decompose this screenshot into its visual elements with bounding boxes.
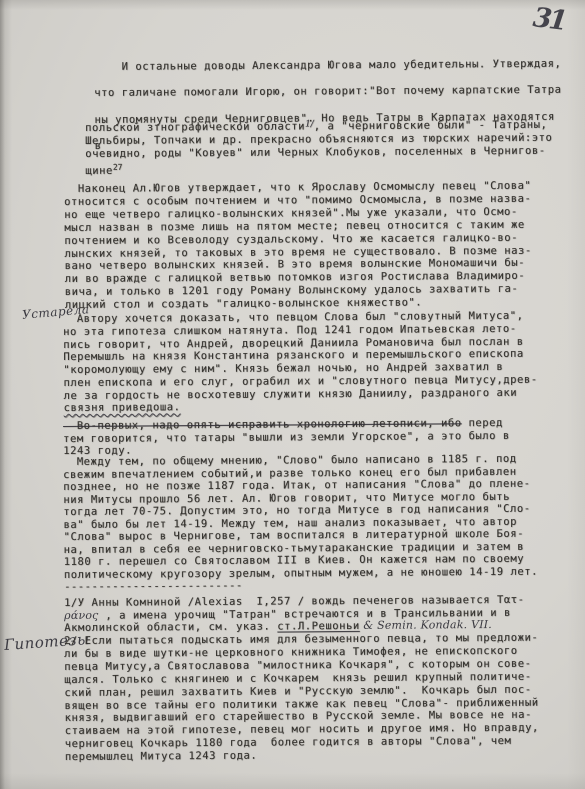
paragraph-5: Между тем, по общему мнению, "Слово" был… (63, 453, 546, 582)
paragraph-3: Автору хочется доказать, что певцом Слов… (63, 310, 546, 415)
footnote-1: 1/У Анны Комниной /Alexias I,257 / вождь… (64, 594, 546, 635)
footnote-1-handwritten-greek: ράνος (64, 608, 98, 621)
paragraph-2: Наконец Ал.Югов утверждает, что к Яросла… (64, 180, 547, 312)
paragraph-1-body: польской зтнографической области1/, а "ч… (85, 117, 563, 178)
footnote-1-handwritten-reference: & Semin. Kondak. VII. (360, 618, 492, 632)
paragraph-3-text: Автору хочется доказать, что певцом Слов… (63, 310, 538, 402)
footnote-marker-1: 1/ (305, 119, 314, 129)
paragraph-1-body-text-a: польской зтнографической области (85, 120, 305, 134)
scanned-typescript-page: 31 Устарела Гипотезы И остальные доводы … (0, 0, 585, 789)
paragraph-4: Во-первых, надо опять исправить хронолог… (63, 417, 545, 458)
paragraph-3-wavy-underlined-text: связня приведоша. (64, 401, 181, 414)
page-number-handwritten: 31 (531, 2, 566, 37)
footnote-marker-27: 27 (113, 163, 123, 172)
footnote-2: 2/ Если пытаться подыскать имя для безым… (64, 632, 547, 764)
footnote-separator-dashes: -------------------------- (64, 578, 546, 594)
footnote-1-underlined-citation: ст.Л.Решоньи (277, 620, 360, 633)
